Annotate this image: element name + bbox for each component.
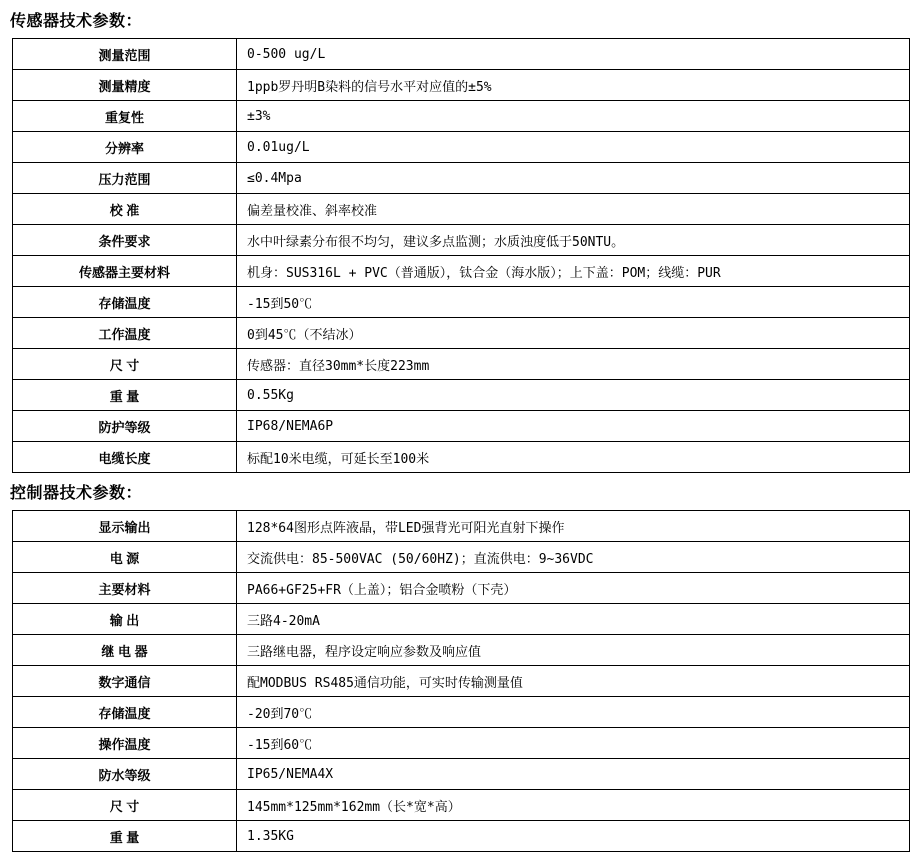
- table-row: 重复性±3%: [13, 101, 910, 132]
- sensor-spec-table-body: 测量范围0-500 ug/L测量精度1ppb罗丹明B染料的信号水平对应值的±5%…: [13, 39, 910, 473]
- param-label: 测量精度: [13, 70, 237, 101]
- param-value: 145mm*125mm*162mm（长*宽*高）: [237, 790, 910, 821]
- table-row: 传感器主要材料机身：SUS316L + PVC（普通版），钛合金（海水版）；上下…: [13, 256, 910, 287]
- param-value: 1.35KG: [237, 821, 910, 852]
- param-label: 输 出: [13, 604, 237, 635]
- table-row: 防护等级IP68/NEMA6P: [13, 411, 910, 442]
- table-row: 尺 寸传感器：直径30mm*长度223mm: [13, 349, 910, 380]
- table-row: 校 准偏差量校准、斜率校准: [13, 194, 910, 225]
- param-label: 显示输出: [13, 511, 237, 542]
- param-value: 水中叶绿素分布很不均匀，建议多点监测；水质浊度低于50NTU。: [237, 225, 910, 256]
- param-label: 电 源: [13, 542, 237, 573]
- param-label: 工作温度: [13, 318, 237, 349]
- param-label: 继 电 器: [13, 635, 237, 666]
- param-value: -15到50℃: [237, 287, 910, 318]
- param-label: 校 准: [13, 194, 237, 225]
- param-label: 主要材料: [13, 573, 237, 604]
- param-value: -15到60℃: [237, 728, 910, 759]
- param-value: 三路4-20mA: [237, 604, 910, 635]
- table-row: 电缆长度标配10米电缆，可延长至100米: [13, 442, 910, 473]
- table-row: 工作温度0到45℃（不结冰）: [13, 318, 910, 349]
- param-value: 0.55Kg: [237, 380, 910, 411]
- param-label: 操作温度: [13, 728, 237, 759]
- document: 传感器技术参数： 测量范围0-500 ug/L测量精度1ppb罗丹明B染料的信号…: [0, 0, 917, 852]
- section-controller-specs: 控制器技术参数： 显示输出128*64图形点阵液晶，带LED强背光可阳光直射下操…: [0, 480, 917, 852]
- controller-spec-table-body: 显示输出128*64图形点阵液晶，带LED强背光可阳光直射下操作电 源交流供电：…: [13, 511, 910, 852]
- param-label: 条件要求: [13, 225, 237, 256]
- table-row: 测量范围0-500 ug/L: [13, 39, 910, 70]
- param-value: 交流供电：85-500VAC (50/60HZ)；直流供电：9~36VDC: [237, 542, 910, 573]
- table-row: 电 源交流供电：85-500VAC (50/60HZ)；直流供电：9~36VDC: [13, 542, 910, 573]
- param-label: 测量范围: [13, 39, 237, 70]
- param-label: 尺 寸: [13, 349, 237, 380]
- param-value: 1ppb罗丹明B染料的信号水平对应值的±5%: [237, 70, 910, 101]
- table-row: 重 量0.55Kg: [13, 380, 910, 411]
- param-value: 标配10米电缆，可延长至100米: [237, 442, 910, 473]
- param-label: 分辨率: [13, 132, 237, 163]
- param-label: 数字通信: [13, 666, 237, 697]
- table-row: 数字通信配MODBUS RS485通信功能，可实时传输测量值: [13, 666, 910, 697]
- param-label: 重复性: [13, 101, 237, 132]
- param-value: ±3%: [237, 101, 910, 132]
- param-value: 三路继电器，程序设定响应参数及响应值: [237, 635, 910, 666]
- param-value: 偏差量校准、斜率校准: [237, 194, 910, 225]
- table-row: 分辨率0.01ug/L: [13, 132, 910, 163]
- table-row: 存储温度-15到50℃: [13, 287, 910, 318]
- param-value: 0-500 ug/L: [237, 39, 910, 70]
- param-value: 0.01ug/L: [237, 132, 910, 163]
- param-value: IP65/NEMA4X: [237, 759, 910, 790]
- param-value: IP68/NEMA6P: [237, 411, 910, 442]
- param-label: 传感器主要材料: [13, 256, 237, 287]
- param-value: PA66+GF25+FR（上盖）；铝合金喷粉（下壳）: [237, 573, 910, 604]
- controller-spec-table: 显示输出128*64图形点阵液晶，带LED强背光可阳光直射下操作电 源交流供电：…: [12, 510, 910, 852]
- param-label: 重 量: [13, 380, 237, 411]
- controller-section-title: 控制器技术参数：: [10, 480, 917, 503]
- param-label: 压力范围: [13, 163, 237, 194]
- table-row: 存储温度-20到70℃: [13, 697, 910, 728]
- table-row: 输 出三路4-20mA: [13, 604, 910, 635]
- param-label: 存储温度: [13, 697, 237, 728]
- table-row: 尺 寸145mm*125mm*162mm（长*宽*高）: [13, 790, 910, 821]
- param-value: 机身：SUS316L + PVC（普通版），钛合金（海水版）；上下盖：POM；线…: [237, 256, 910, 287]
- param-label: 重 量: [13, 821, 237, 852]
- table-row: 防水等级IP65/NEMA4X: [13, 759, 910, 790]
- sensor-spec-table: 测量范围0-500 ug/L测量精度1ppb罗丹明B染料的信号水平对应值的±5%…: [12, 38, 910, 473]
- param-value: 传感器：直径30mm*长度223mm: [237, 349, 910, 380]
- param-value: -20到70℃: [237, 697, 910, 728]
- table-row: 条件要求水中叶绿素分布很不均匀，建议多点监测；水质浊度低于50NTU。: [13, 225, 910, 256]
- param-label: 防护等级: [13, 411, 237, 442]
- table-row: 测量精度1ppb罗丹明B染料的信号水平对应值的±5%: [13, 70, 910, 101]
- table-row: 显示输出128*64图形点阵液晶，带LED强背光可阳光直射下操作: [13, 511, 910, 542]
- table-row: 压力范围≤0.4Mpa: [13, 163, 910, 194]
- sensor-section-title: 传感器技术参数：: [10, 8, 917, 31]
- param-label: 存储温度: [13, 287, 237, 318]
- param-label: 尺 寸: [13, 790, 237, 821]
- param-value: 0到45℃（不结冰）: [237, 318, 910, 349]
- table-row: 操作温度-15到60℃: [13, 728, 910, 759]
- param-value: ≤0.4Mpa: [237, 163, 910, 194]
- param-value: 128*64图形点阵液晶，带LED强背光可阳光直射下操作: [237, 511, 910, 542]
- param-value: 配MODBUS RS485通信功能，可实时传输测量值: [237, 666, 910, 697]
- param-label: 防水等级: [13, 759, 237, 790]
- table-row: 主要材料PA66+GF25+FR（上盖）；铝合金喷粉（下壳）: [13, 573, 910, 604]
- param-label: 电缆长度: [13, 442, 237, 473]
- table-row: 重 量1.35KG: [13, 821, 910, 852]
- section-sensor-specs: 传感器技术参数： 测量范围0-500 ug/L测量精度1ppb罗丹明B染料的信号…: [0, 8, 917, 473]
- table-row: 继 电 器三路继电器，程序设定响应参数及响应值: [13, 635, 910, 666]
